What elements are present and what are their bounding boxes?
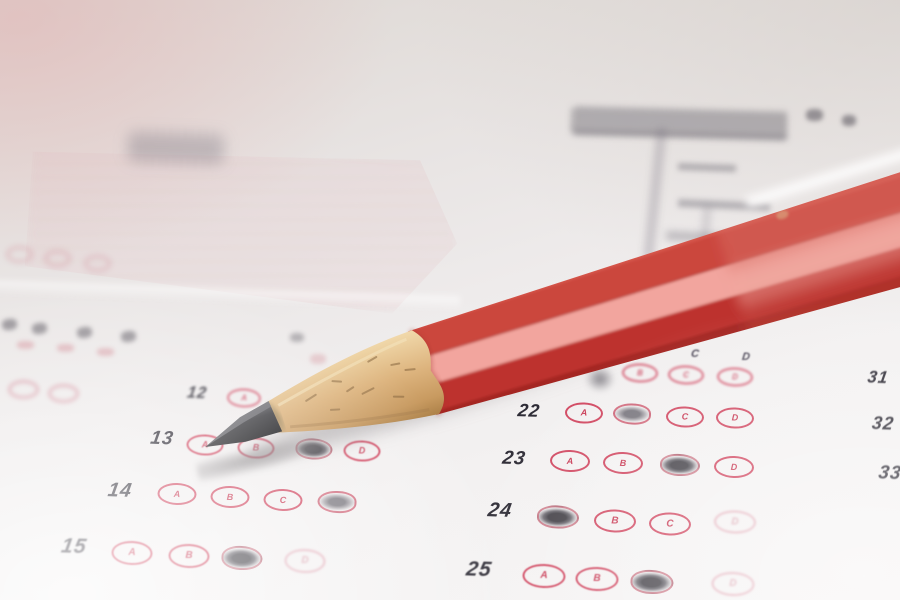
answer-bubble-23-B: B — [603, 451, 644, 474]
question-number-15: 15 — [59, 535, 88, 560]
answer-bubble-25-B: B — [575, 566, 619, 591]
answer-bubble-24-filled — [537, 505, 580, 529]
question-number-25: 25 — [464, 558, 493, 583]
answer-bubble-22-D: D — [716, 407, 755, 429]
answer-bubble-21-D: D — [717, 367, 754, 387]
answer-bubble-22-C: C — [666, 406, 705, 428]
answer-bubble-24-D: D — [714, 510, 757, 534]
answer-bubble-14-A: A — [157, 482, 197, 505]
answer-bubble-23-filled — [660, 453, 701, 476]
answer-bubble-24-C: C — [649, 512, 692, 536]
answer-bubble-22-filled — [613, 403, 652, 425]
question-number-33-clipped: 33 — [877, 463, 900, 486]
answer-bubble-15-D: D — [284, 548, 326, 573]
answer-bubble-15-A: A — [111, 540, 153, 565]
question-number-32-clipped: 32 — [870, 413, 895, 435]
answer-bubble-23-A: A — [550, 449, 591, 472]
question-number-24: 24 — [486, 499, 514, 523]
question-number-13: 13 — [149, 428, 175, 451]
answer-bubble-23-D: D — [714, 455, 755, 478]
question-number-14: 14 — [106, 479, 134, 503]
answer-bubble-25-A: A — [522, 563, 566, 588]
answer-bubble-25-D: D — [711, 571, 755, 596]
answer-bubble-15-B: B — [168, 543, 210, 568]
graphite-tip — [198, 400, 282, 455]
question-number-23: 23 — [501, 448, 527, 471]
photo-red-pencil-on-answer-sheet: 12A13ABD14ABC15ABDBCDBCD22ACD23ABD24BCD2… — [0, 0, 900, 600]
answer-bubble-14-filled — [317, 490, 357, 513]
question-number-31-clipped: 31 — [866, 368, 890, 389]
answer-bubble-25-filled — [630, 569, 674, 594]
answer-bubble-24-B: B — [594, 509, 637, 533]
answer-bubble-22-A: A — [565, 402, 604, 424]
answer-bubble-15-filled — [221, 545, 263, 570]
column-letter-D: D — [741, 351, 750, 363]
